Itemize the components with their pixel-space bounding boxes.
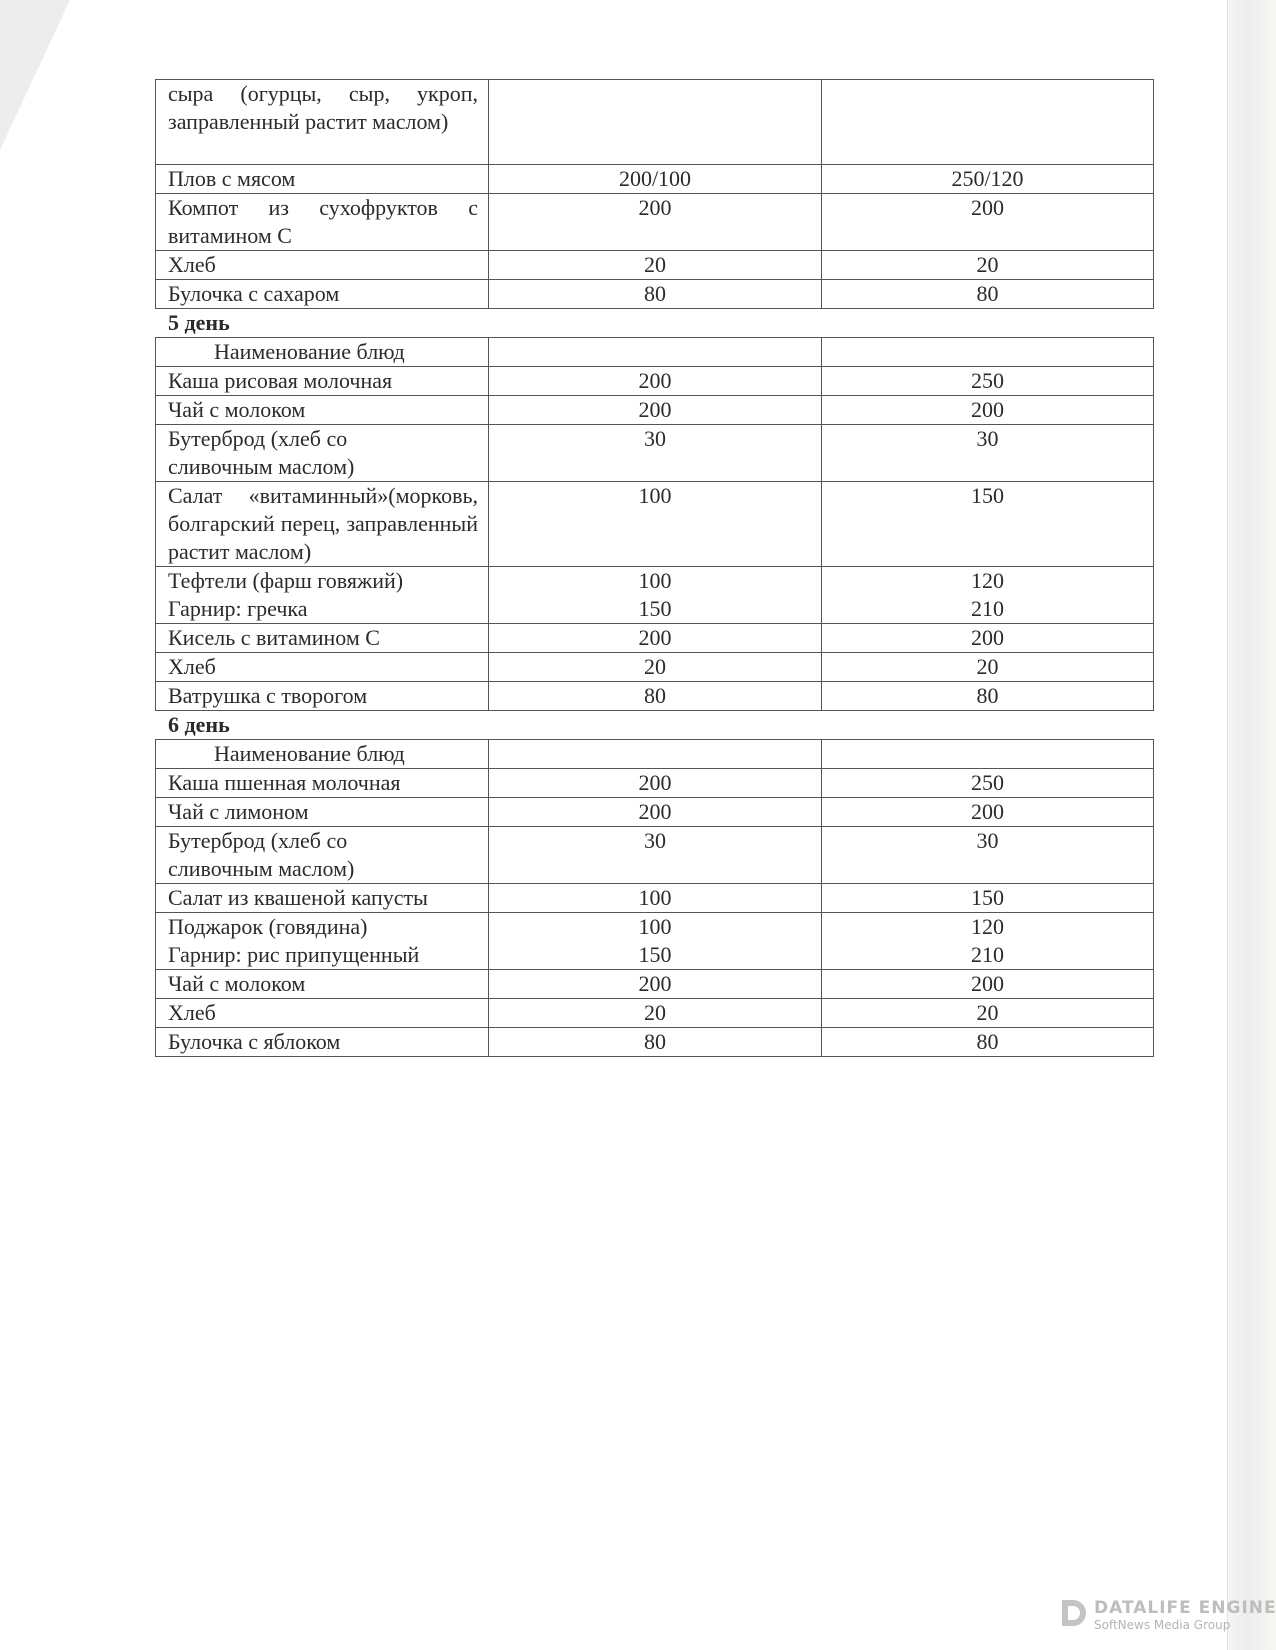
portion-1-cell: 100 xyxy=(489,482,822,567)
portion-1-cell: 200/100 xyxy=(489,165,822,194)
dish-name-cell: Каша пшенная молочная xyxy=(156,769,489,798)
dish-name-cell: Компот из сухофруктов с витамином С xyxy=(156,194,489,251)
table-row: Чай с молоком200200 xyxy=(156,970,1154,999)
portion-1-cell: 200 xyxy=(489,970,822,999)
table-row: Каша пшенная молочная200250 xyxy=(156,769,1154,798)
dish-name-cell: Бутерброд (хлеб со сливочным маслом) xyxy=(156,827,489,884)
dish-name-cell: Чай с молоком xyxy=(156,970,489,999)
menu-table-day-5: Наименование блюд Каша рисовая молочная2… xyxy=(155,337,1154,711)
table-row: Салат «витаминный»(морковь, болгарский п… xyxy=(156,482,1154,567)
table-row: Хлеб2020 xyxy=(156,653,1154,682)
portion-1-cell: 30 xyxy=(489,827,822,884)
portion-1-cell: 20 xyxy=(489,653,822,682)
portion-1-cell: 80 xyxy=(489,1028,822,1057)
portion-1-cell: 100 150 xyxy=(489,567,822,624)
portion-1-cell: 200 xyxy=(489,624,822,653)
column-header-dish-name: Наименование блюд xyxy=(156,338,489,367)
dish-name-cell: Тефтели (фарш говяжий) Гарнир: гречка xyxy=(156,567,489,624)
portion-2-cell: 80 xyxy=(822,280,1154,309)
table-row: Поджарок (говядина) Гарнир: рис припущен… xyxy=(156,913,1154,970)
portion-2-cell: 200 xyxy=(822,396,1154,425)
dish-name-cell: Бутерброд (хлеб со сливочным маслом) xyxy=(156,425,489,482)
portion-2-cell xyxy=(822,80,1154,165)
dish-name-cell: Чай с молоком xyxy=(156,396,489,425)
portion-2-cell: 200 xyxy=(822,624,1154,653)
scan-page-edge xyxy=(1227,0,1276,1650)
portion-1-cell xyxy=(489,80,822,165)
watermark-title: DATALIFE ENGINE xyxy=(1094,1598,1276,1618)
column-header-portion-1 xyxy=(489,338,822,367)
portion-1-cell: 200 xyxy=(489,798,822,827)
menu-table-continuation: сыра (огурцы, сыр, укроп, заправленный р… xyxy=(155,79,1154,309)
table-row: сыра (огурцы, сыр, укроп, заправленный р… xyxy=(156,80,1154,165)
portion-2-cell: 250 xyxy=(822,367,1154,396)
portion-2-cell: 30 xyxy=(822,425,1154,482)
table-row: Компот из сухофруктов с витамином С20020… xyxy=(156,194,1154,251)
portion-2-cell: 150 xyxy=(822,884,1154,913)
portion-2-cell: 120 210 xyxy=(822,567,1154,624)
day-6-label: 6 день xyxy=(155,711,1153,739)
portion-2-cell: 20 xyxy=(822,251,1154,280)
dish-name-cell: Хлеб xyxy=(156,251,489,280)
table-header-row: Наименование блюд xyxy=(156,338,1154,367)
portion-2-cell: 200 xyxy=(822,194,1154,251)
portion-1-cell: 80 xyxy=(489,682,822,711)
portion-2-cell: 200 xyxy=(822,798,1154,827)
portion-1-cell: 200 xyxy=(489,367,822,396)
table-row: Тефтели (фарш говяжий) Гарнир: гречка100… xyxy=(156,567,1154,624)
dish-name-cell: Плов с мясом xyxy=(156,165,489,194)
portion-2-cell: 80 xyxy=(822,682,1154,711)
menu-table-day-6: Наименование блюд Каша пшенная молочная2… xyxy=(155,739,1154,1057)
dish-name-cell: сыра (огурцы, сыр, укроп, заправленный р… xyxy=(156,80,489,165)
portion-1-cell: 100 150 xyxy=(489,913,822,970)
table-row: Бутерброд (хлеб со сливочным маслом)3030 xyxy=(156,425,1154,482)
table-row: Ватрушка с творогом8080 xyxy=(156,682,1154,711)
table-row: Хлеб2020 xyxy=(156,251,1154,280)
dish-name-cell: Салат «витаминный»(морковь, болгарский п… xyxy=(156,482,489,567)
portion-2-cell: 20 xyxy=(822,653,1154,682)
column-header-dish-name: Наименование блюд xyxy=(156,740,489,769)
scan-corner-fold xyxy=(0,0,70,150)
portion-1-cell: 200 xyxy=(489,396,822,425)
portion-2-cell: 80 xyxy=(822,1028,1154,1057)
portion-1-cell: 200 xyxy=(489,769,822,798)
portion-2-cell: 200 xyxy=(822,970,1154,999)
table-row: Хлеб2020 xyxy=(156,999,1154,1028)
table-row: Плов с мясом200/100250/120 xyxy=(156,165,1154,194)
dish-name-cell: Булочка с яблоком xyxy=(156,1028,489,1057)
column-header-portion-2 xyxy=(822,338,1154,367)
dish-name-cell: Чай с лимоном xyxy=(156,798,489,827)
table-header-row: Наименование блюд xyxy=(156,740,1154,769)
menu-document: сыра (огурцы, сыр, укроп, заправленный р… xyxy=(155,79,1153,1057)
portion-2-cell: 250/120 xyxy=(822,165,1154,194)
column-header-portion-1 xyxy=(489,740,822,769)
table-row: Каша рисовая молочная200250 xyxy=(156,367,1154,396)
portion-1-cell: 30 xyxy=(489,425,822,482)
dish-name-cell: Хлеб xyxy=(156,999,489,1028)
table-row: Кисель с витамином С200200 xyxy=(156,624,1154,653)
datalife-logo-icon xyxy=(1062,1600,1086,1626)
portion-2-cell: 30 xyxy=(822,827,1154,884)
table-row: Булочка с сахаром8080 xyxy=(156,280,1154,309)
table-row: Бутерброд (хлеб со сливочным маслом)3030 xyxy=(156,827,1154,884)
watermark-subtitle: SoftNews Media Group xyxy=(1094,1618,1230,1632)
portion-1-cell: 20 xyxy=(489,251,822,280)
portion-2-cell: 250 xyxy=(822,769,1154,798)
portion-1-cell: 80 xyxy=(489,280,822,309)
dish-name-cell: Ватрушка с творогом xyxy=(156,682,489,711)
portion-1-cell: 100 xyxy=(489,884,822,913)
portion-2-cell: 120 210 xyxy=(822,913,1154,970)
dish-name-cell: Кисель с витамином С xyxy=(156,624,489,653)
dish-name-cell: Хлеб xyxy=(156,653,489,682)
portion-1-cell: 200 xyxy=(489,194,822,251)
table-row: Булочка с яблоком8080 xyxy=(156,1028,1154,1057)
table-row: Чай с молоком200200 xyxy=(156,396,1154,425)
portion-2-cell: 150 xyxy=(822,482,1154,567)
dish-name-cell: Салат из квашеной капусты xyxy=(156,884,489,913)
column-header-portion-2 xyxy=(822,740,1154,769)
table-row: Чай с лимоном200200 xyxy=(156,798,1154,827)
table-row: Салат из квашеной капусты100150 xyxy=(156,884,1154,913)
dish-name-cell: Каша рисовая молочная xyxy=(156,367,489,396)
portion-2-cell: 20 xyxy=(822,999,1154,1028)
dish-name-cell: Поджарок (говядина) Гарнир: рис припущен… xyxy=(156,913,489,970)
portion-1-cell: 20 xyxy=(489,999,822,1028)
day-5-label: 5 день xyxy=(155,309,1153,337)
dish-name-cell: Булочка с сахаром xyxy=(156,280,489,309)
